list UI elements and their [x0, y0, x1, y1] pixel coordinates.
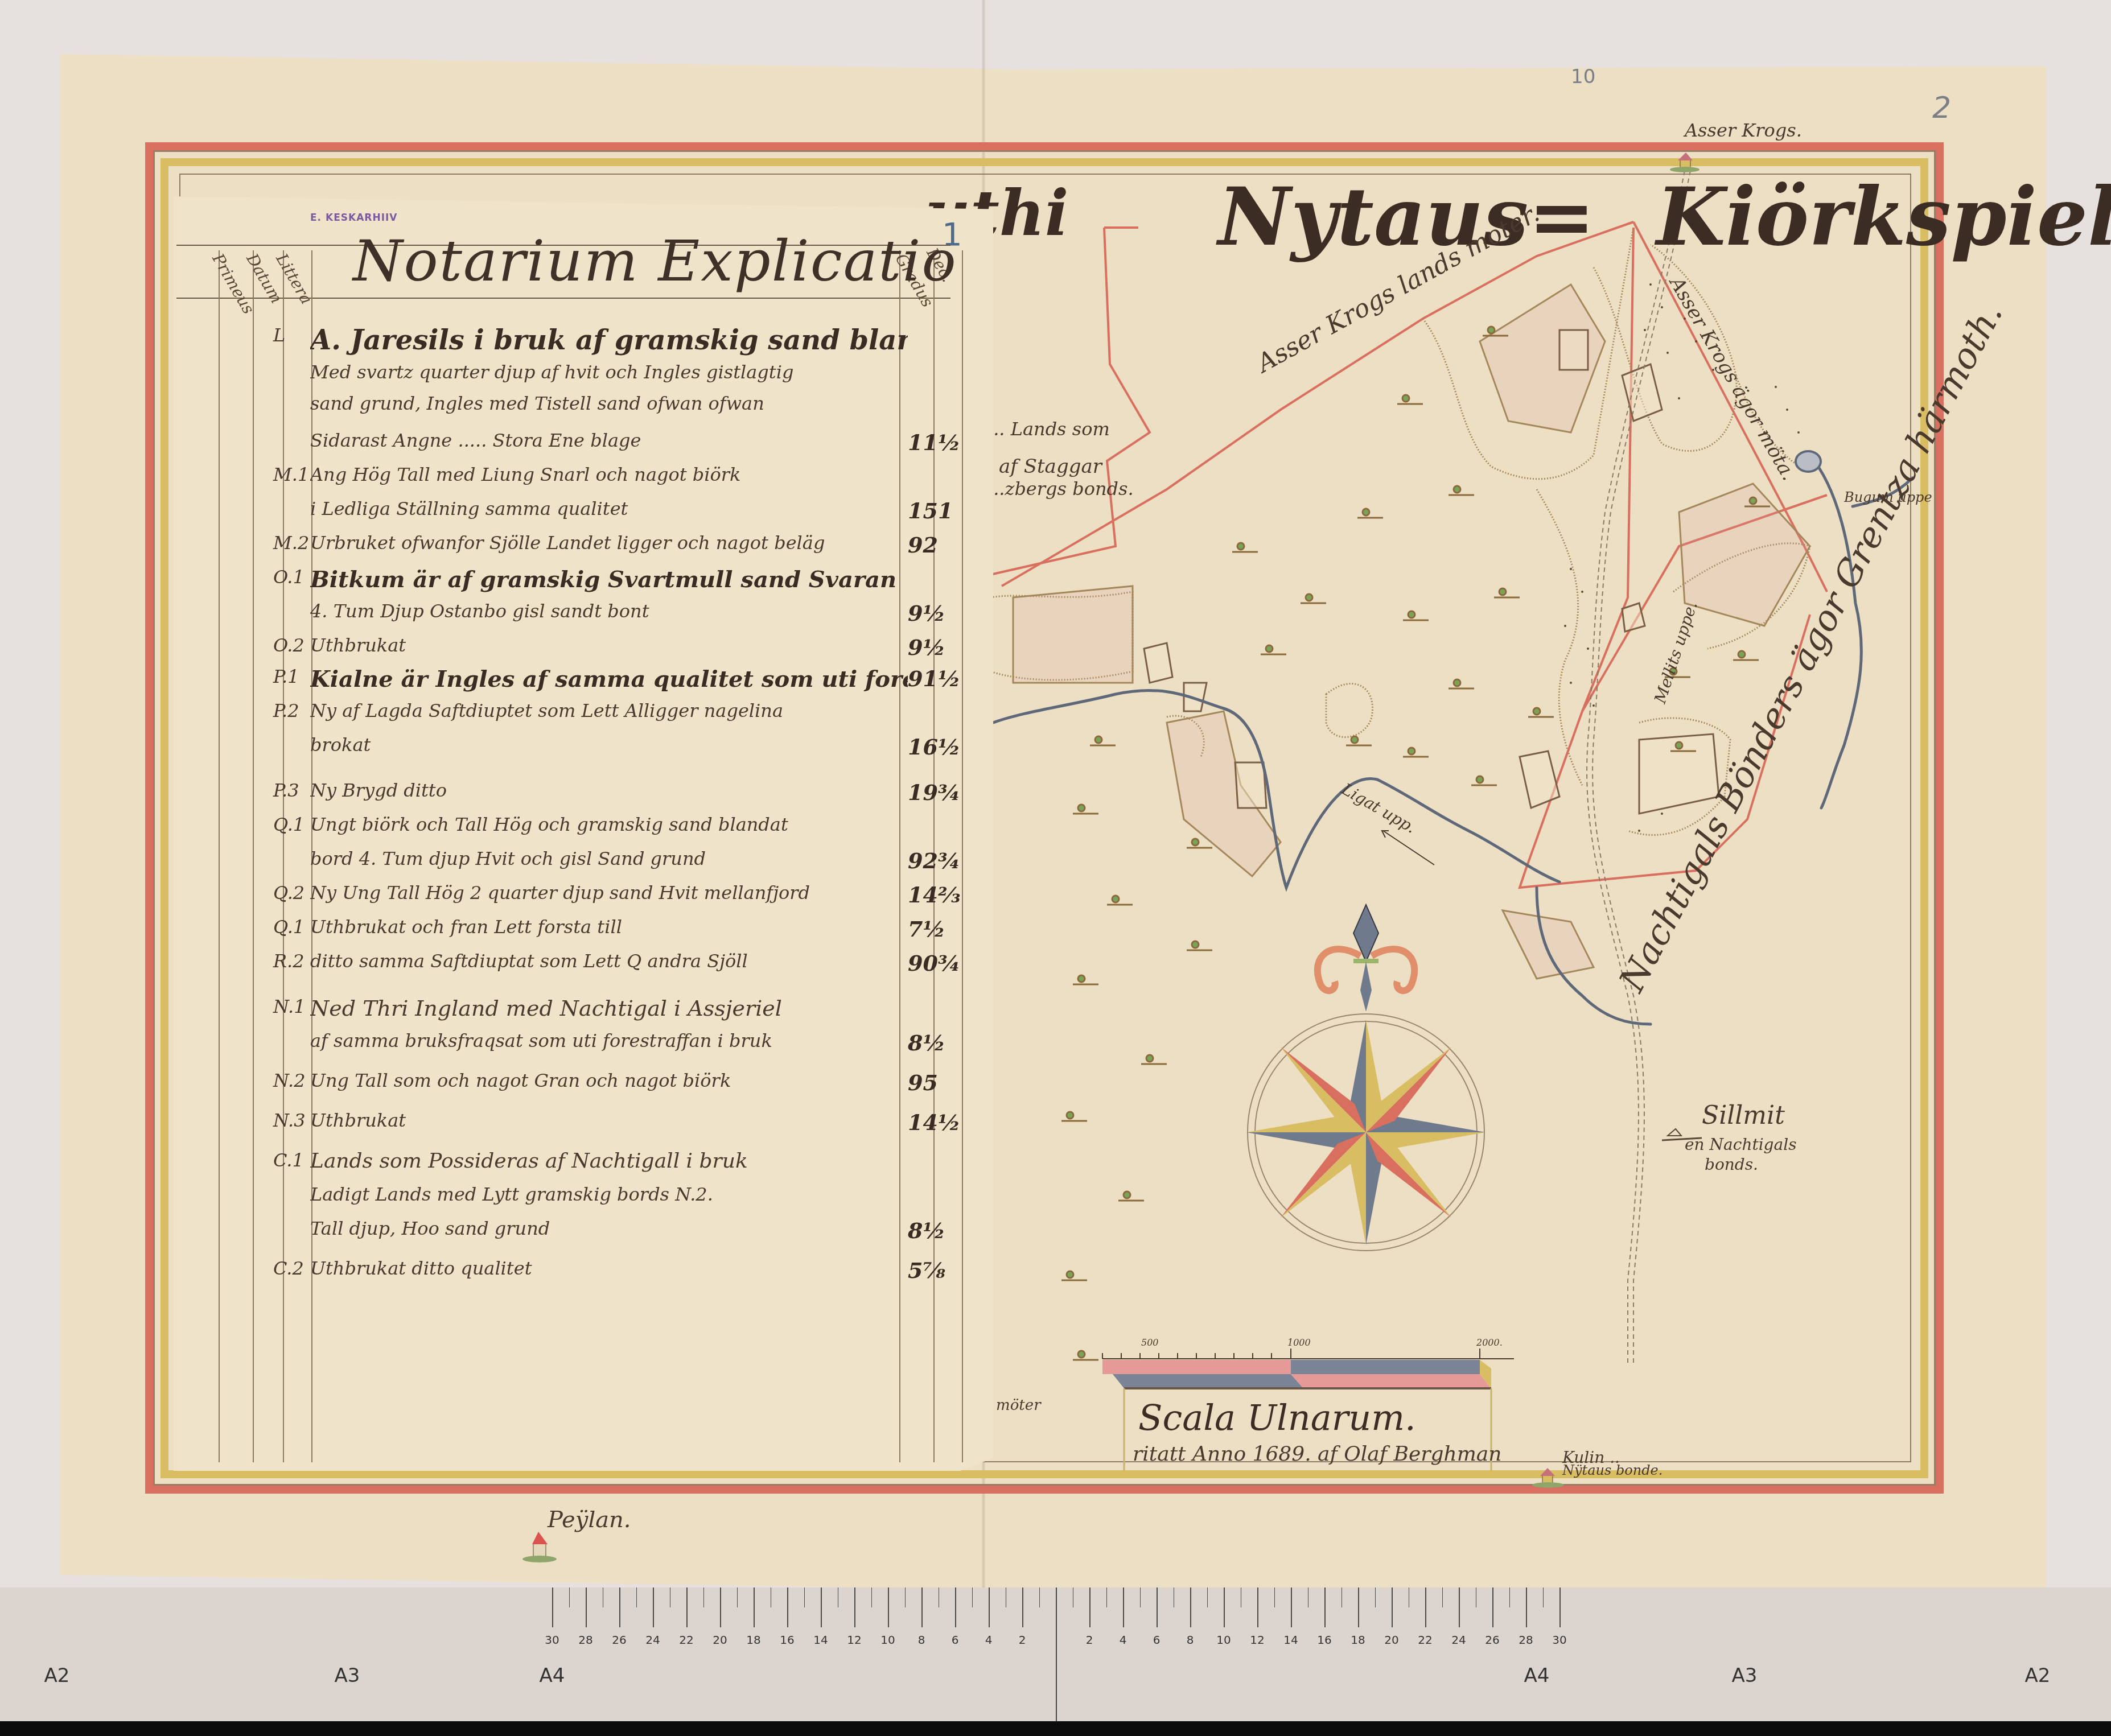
ruler-minor-tick — [1140, 1587, 1141, 1607]
scale-tick-2000: 2000. — [1476, 1337, 1503, 1348]
ruler-size-label: A2 — [2025, 1664, 2051, 1687]
ruler-minor-tick — [1442, 1587, 1443, 1607]
label-staggar-2: af Staggar — [999, 455, 1102, 478]
ruler-minor-tick — [1476, 1587, 1476, 1607]
ruler-number: 8 — [1187, 1633, 1194, 1647]
ruler-minor-tick — [838, 1587, 838, 1607]
label-staggar-3: ...zbergs bonds. — [987, 478, 1134, 500]
ruler-minor-tick — [1409, 1587, 1409, 1607]
ruler-minor-tick — [636, 1587, 637, 1607]
ledger-row: M.1Ang Hög Tall med Liung Snarl och nago… — [174, 464, 993, 492]
ruler-minor-tick — [821, 1587, 821, 1607]
ruler-number: 26 — [1485, 1633, 1499, 1647]
ledger-row: Q.2Ny Ung Tall Hög 2 quarter djup sand H… — [174, 882, 993, 910]
ruler-number: 12 — [847, 1633, 861, 1647]
measurement-ruler: 3028262422201816141210864224681012141618… — [0, 1587, 2111, 1724]
ruler-minor-tick — [1358, 1587, 1359, 1607]
ledger-header-rule-bottom — [176, 298, 950, 299]
ruler-minor-tick — [1157, 1587, 1157, 1607]
map-title-kiorkspiel: Kiörkspiel. — [1656, 171, 2111, 264]
ledger-title: Notarium Explicatio — [353, 228, 957, 294]
label-kulin-2: Nÿtaus bonde. — [1562, 1462, 1663, 1478]
ledger-row: bord 4. Tum djup Hvit och gisl Sand grun… — [174, 848, 993, 876]
ruler-minor-tick — [1543, 1587, 1544, 1607]
ruler-minor-tick — [1174, 1587, 1174, 1607]
ruler-minor-tick — [1459, 1587, 1459, 1607]
ruler-minor-tick — [670, 1587, 670, 1607]
ruler-minor-tick — [586, 1587, 586, 1607]
ruler-minor-tick — [1425, 1587, 1426, 1607]
label-sillmit-3: bonds. — [1705, 1155, 1758, 1174]
ledger-row: P.2Ny af Lagda Saftdiuptet som Lett Alli… — [174, 700, 993, 728]
ledger-row: Med svartz quarter djup af hvit och Ingl… — [174, 361, 993, 390]
ruler-number: 12 — [1250, 1633, 1264, 1647]
ruler-minor-tick — [972, 1587, 973, 1607]
scale-tick-500: 500 — [1141, 1337, 1159, 1348]
ruler-size-label: A2 — [44, 1664, 70, 1687]
ruler-number: 24 — [1451, 1633, 1466, 1647]
ruler-minor-tick — [1492, 1587, 1493, 1607]
ledger-row: P.1Kialne är Ingles af samma qualitet so… — [174, 666, 993, 694]
label-moter-fragment: möter — [996, 1397, 1041, 1414]
ruler-number: 10 — [880, 1633, 895, 1647]
ruler-minor-tick — [955, 1587, 956, 1607]
ruler-number: 30 — [545, 1633, 559, 1647]
ruler-minor-tick — [737, 1587, 738, 1607]
ruler-minor-tick — [1559, 1587, 1560, 1607]
ruler-number: 14 — [813, 1633, 828, 1647]
ruler-minor-tick — [703, 1587, 704, 1607]
ruler-size-label: A4 — [1524, 1664, 1550, 1687]
ruler-minor-tick — [1241, 1587, 1241, 1607]
ruler-number: 18 — [746, 1633, 760, 1647]
ruler-minor-tick — [1324, 1587, 1325, 1607]
ruler-number: 24 — [645, 1633, 660, 1647]
ledger-row: N.1Ned Thri Ingland med Nachtigal i Assj… — [174, 996, 993, 1024]
ledger-row: O.2Uthbrukat9½ — [174, 634, 993, 663]
ledger-row: M.2Urbruket ofwanfor Sjölle Landet ligge… — [174, 532, 993, 560]
ruler-minor-tick — [720, 1587, 721, 1607]
ruler-minor-tick — [1392, 1587, 1392, 1607]
ruler-number: 2 — [1019, 1633, 1026, 1647]
ruler-minor-tick — [552, 1587, 553, 1607]
ruler-minor-tick — [888, 1587, 888, 1607]
ledger-row: LA. Jaresils i bruk af gramskig sand bla… — [174, 324, 993, 353]
ledger-row: af samma bruksfraqsat som uti forestraff… — [174, 1030, 993, 1058]
ruler-minor-tick — [1089, 1587, 1090, 1607]
ruler-minor-tick — [787, 1587, 788, 1607]
ruler-minor-tick — [1308, 1587, 1308, 1607]
ruler-minor-tick — [569, 1587, 570, 1607]
label-peylan: Peÿlan. — [548, 1507, 631, 1533]
ruler-minor-tick — [1224, 1587, 1224, 1607]
ruler-minor-tick — [1190, 1587, 1191, 1607]
label-asser-krogs: Asser Krogs. — [1685, 119, 1802, 141]
ruler-minor-tick — [603, 1587, 603, 1607]
ruler-minor-tick — [854, 1587, 855, 1607]
ruler-center-line — [1056, 1587, 1057, 1721]
ledger-row: 4. Tum Djup Ostanbo gisl sandt bont9½ — [174, 600, 993, 629]
ruler-minor-tick — [804, 1587, 805, 1607]
ledger-row: Q.1Ungt biörk och Tall Hög och gramskig … — [174, 814, 993, 842]
ruler-minor-tick — [619, 1587, 620, 1607]
ruler-minor-tick — [686, 1587, 687, 1607]
ledger-row: N.3Uthbrukat14½ — [174, 1110, 993, 1138]
ruler-minor-tick — [871, 1587, 872, 1607]
ruler-minor-tick — [989, 1587, 989, 1607]
ruler-minor-tick — [1106, 1587, 1107, 1607]
ruler-minor-tick — [754, 1587, 754, 1607]
ruler-number: 20 — [1384, 1633, 1398, 1647]
ruler-number: 28 — [578, 1633, 592, 1647]
ledger-row: sand grund, Ingles med Tistell sand ofwa… — [174, 393, 993, 421]
ruler-number: 8 — [918, 1633, 925, 1647]
ledger-row: C.2Uthbrukat ditto qualitet5⅞ — [174, 1257, 993, 1286]
compass-rose — [1246, 905, 1485, 1251]
ledger-row: P.3Ny Brygd ditto19¾ — [174, 780, 993, 808]
archive-stamp: E. KESKARHIIV — [310, 212, 397, 224]
ledger-row: i Ledliga Ställning samma qualitet151 — [174, 498, 993, 526]
ruler-minor-tick — [905, 1587, 906, 1607]
ruler-minor-tick — [1207, 1587, 1208, 1607]
ruler-size-label: A3 — [1732, 1664, 1758, 1687]
ruler-number: 28 — [1519, 1633, 1533, 1647]
ruler-minor-tick — [1039, 1587, 1040, 1607]
scale-signature: ritatt Anno 1689. af Olaf Berghman — [1133, 1442, 1502, 1466]
ruler-number: 6 — [952, 1633, 959, 1647]
ruler-minor-tick — [1006, 1587, 1006, 1607]
label-staggar-1: ... Lands som — [987, 418, 1110, 440]
ruler-number: 14 — [1283, 1633, 1298, 1647]
ruler-number: 30 — [1552, 1633, 1566, 1647]
scale-tick-1000: 1000 — [1287, 1337, 1311, 1348]
ruler-minor-tick — [921, 1587, 922, 1607]
ruler-minor-tick — [939, 1587, 939, 1607]
ruler-minor-tick — [1073, 1587, 1073, 1607]
ruler-number: 4 — [1120, 1633, 1127, 1647]
ruler-minor-tick — [653, 1587, 653, 1607]
ledger-row: O.1Bitkum är af gramskig Svartmull sand … — [174, 566, 993, 595]
ledger-row: brokat16½ — [174, 734, 993, 762]
ruler-number: 10 — [1216, 1633, 1231, 1647]
ruler-minor-tick — [1526, 1587, 1526, 1607]
ruler-minor-tick — [1274, 1587, 1275, 1607]
ledger-row: N.2Ung Tall som och nagot Gran och nagot… — [174, 1070, 993, 1098]
ledger-row: Sidarast Angne ..... Stora Ene blage11½ — [174, 430, 993, 458]
ruler-number: 18 — [1351, 1633, 1365, 1647]
ruler-number: 20 — [713, 1633, 727, 1647]
ledger-row: Ladigt Lands med Lytt gramskig bords N.2… — [174, 1184, 993, 1212]
ledger-row: C.1Lands som Possideras af Nachtigall i … — [174, 1149, 993, 1178]
ruler-number: 4 — [985, 1633, 993, 1647]
label-sillmit-2: en Nachtigals — [1685, 1135, 1797, 1154]
ledger-row: Tall djup, Hoo sand grund8½ — [174, 1218, 993, 1246]
ruler-size-label: A4 — [540, 1664, 565, 1687]
ruler-minor-tick — [1022, 1587, 1023, 1607]
scale-title: Scala Ulnarum. — [1138, 1397, 1416, 1438]
ruler-minor-tick — [1342, 1587, 1342, 1607]
ledger-row: R.2ditto samma Saftdiuptat som Lett Q an… — [174, 950, 993, 979]
label-sillmit-1: Sillmit — [1702, 1101, 1785, 1130]
ruler-minor-tick — [1257, 1587, 1258, 1607]
ruler-minor-tick — [1375, 1587, 1376, 1607]
ledger-row: Q.1Uthbrukat och fran Lett forsta till7½ — [174, 916, 993, 945]
ruler-number: 16 — [1317, 1633, 1331, 1647]
ruler-size-label: A3 — [335, 1664, 360, 1687]
ruler-minor-tick — [771, 1587, 771, 1607]
pond — [1796, 451, 1821, 472]
ruler-minor-tick — [1291, 1587, 1291, 1607]
ruler-number: 6 — [1153, 1633, 1161, 1647]
ruler-number: 22 — [1418, 1633, 1432, 1647]
ruler-minor-tick — [1123, 1587, 1124, 1607]
scanner-edge — [0, 1721, 2111, 1736]
ruler-number: 26 — [612, 1633, 626, 1647]
ruler-number: 2 — [1086, 1633, 1093, 1647]
ruler-minor-tick — [1509, 1587, 1510, 1607]
ruler-number: 22 — [679, 1633, 693, 1647]
ruler-number: 16 — [780, 1633, 794, 1647]
